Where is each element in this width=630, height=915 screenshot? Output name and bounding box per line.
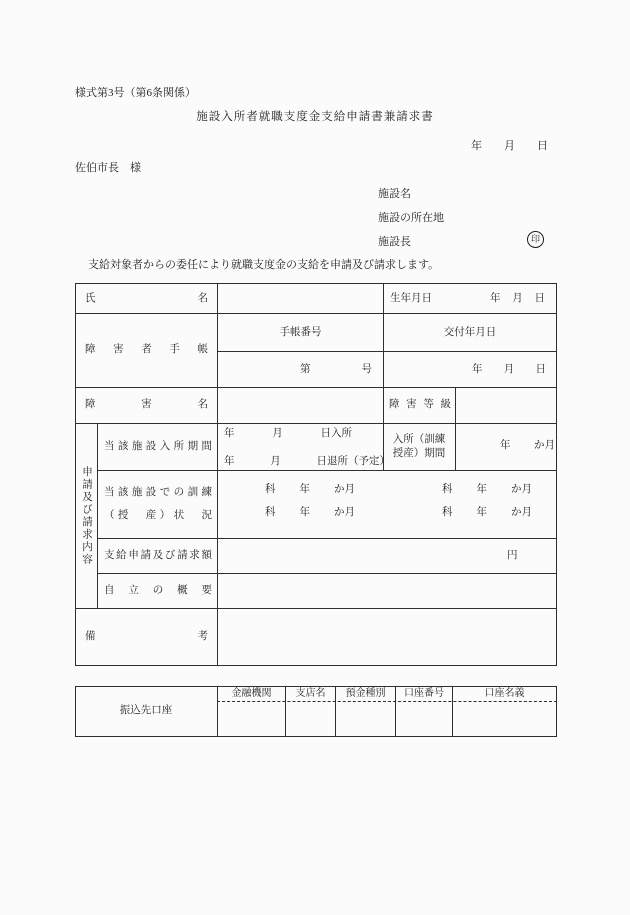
year-label: 年: [477, 483, 488, 497]
months-label: か月: [511, 506, 532, 520]
page-title: 施設入所者就職支度金支給申請書兼請求書: [0, 110, 630, 124]
border-line: [97, 423, 98, 608]
months-label: か月: [334, 483, 355, 497]
training-label-line2: （授 産）状 況: [104, 504, 212, 527]
border-line: [556, 283, 557, 666]
months-label: か月: [334, 506, 355, 520]
handbook-number-label: 手帳番号: [218, 314, 383, 351]
bank-col-account-type: 預金種別: [336, 686, 395, 701]
date-day-label: 日: [537, 139, 548, 153]
bank-col-branch: 支店名: [286, 686, 335, 701]
months-label: か月: [534, 439, 555, 453]
remarks-label: 備考: [85, 609, 208, 664]
months-label: か月: [511, 483, 532, 497]
training-unit-placeholder: 科 年 か月: [265, 482, 355, 498]
date-line: 年 月 日: [471, 139, 548, 153]
course-label: 科: [442, 506, 453, 520]
month-label: 月: [512, 292, 523, 306]
bank-col-account-number: 口座番号: [396, 686, 452, 701]
date-month-label: 月: [504, 139, 515, 153]
course-label: 科: [265, 506, 276, 520]
day-label: 日: [536, 363, 547, 377]
year-label: 年: [477, 506, 488, 520]
declaration-text: 支給対象者からの委任により就職支度金の支給を申請及び請求します。: [88, 258, 439, 272]
year-label: 年: [300, 483, 311, 497]
handbook-label: 障害者手帳: [85, 314, 208, 386]
independence-label: 自立の概要: [104, 574, 212, 607]
training-status-label: 当該施設での訓練 （授 産）状 況: [104, 470, 212, 538]
border-line: [75, 736, 557, 737]
period-label-line1: 入所（訓練: [393, 433, 446, 447]
course-label: 科: [442, 483, 453, 497]
training-unit-placeholder: 科 年 か月: [442, 482, 532, 498]
period-label-line2: 授産）期間: [393, 447, 446, 461]
birthdate-cell: 生年月日 年 月 日: [390, 284, 545, 313]
border-line: [455, 387, 456, 470]
period-value-placeholder: 年 か月: [500, 423, 555, 469]
bank-account-label: 振込先口座: [75, 686, 217, 736]
birthdate-placeholder: 年 月 日: [490, 292, 545, 306]
handbook-number-placeholder: 第 号: [300, 352, 372, 387]
birthdate-label: 生年月日: [390, 292, 432, 306]
year-label: 年: [224, 455, 235, 469]
seal-icon: 印: [527, 231, 544, 248]
course-label: 科: [265, 483, 276, 497]
month-label: 月: [504, 363, 515, 377]
exit-day-label: 日退所（予定）: [317, 455, 391, 469]
form-page: 様式第3号（第6条関係） 施設入所者就職支度金支給申請書兼請求書 年 月 日 佐…: [0, 0, 630, 915]
month-label: 月: [270, 455, 281, 469]
number-suffix-label: 号: [362, 363, 373, 377]
year-label: 年: [300, 506, 311, 520]
amount-label: 支給申請及び請求額: [104, 539, 212, 572]
bank-col-account-name: 口座名義: [453, 686, 556, 701]
number-prefix-label: 第: [300, 363, 311, 377]
period-label-cell: 入所（訓練 授産）期間: [383, 424, 455, 469]
addressee: 佐伯市長 様: [75, 161, 141, 175]
border-line: [75, 665, 557, 666]
bank-col-institution: 金融機関: [218, 686, 285, 701]
month-label: 月: [272, 427, 283, 441]
training-unit-placeholder: 科 年 か月: [442, 505, 532, 521]
year-label: 年: [500, 439, 511, 453]
admission-entry-placeholder: 年 月 日入所: [224, 426, 352, 442]
handbook-date-placeholder: 年 月 日: [472, 352, 546, 387]
admission-exit-placeholder: 年 月 日退所（予定）: [224, 454, 390, 470]
dashed-border-line: [217, 701, 557, 702]
date-year-label: 年: [471, 139, 482, 153]
year-label: 年: [490, 292, 501, 306]
admission-period-label: 当該施設入所期間: [104, 424, 212, 469]
entry-day-label: 日入所: [321, 427, 353, 441]
facility-address-label: 施設の所在地: [378, 211, 444, 225]
disability-grade-label: 障害等級: [389, 388, 451, 422]
facility-director-label: 施設長: [378, 235, 411, 249]
name-label: 氏名: [85, 284, 208, 313]
training-label-line1: 当該施設での訓練: [104, 481, 212, 504]
disability-name-label: 障害名: [85, 388, 208, 422]
training-unit-placeholder: 科 年 か月: [265, 505, 355, 521]
handbook-issue-label: 交付年月日: [384, 314, 556, 351]
section-label-cell: 申請及び請求内容: [75, 423, 97, 608]
section-label: 申請及び請求内容: [75, 466, 97, 566]
amount-unit-label: 円: [507, 539, 518, 572]
facility-name-label: 施設名: [378, 187, 411, 201]
border-line: [556, 686, 557, 737]
year-label: 年: [224, 427, 235, 441]
form-number: 様式第3号（第6条関係）: [75, 86, 196, 100]
year-label: 年: [472, 363, 483, 377]
day-label: 日: [535, 292, 546, 306]
